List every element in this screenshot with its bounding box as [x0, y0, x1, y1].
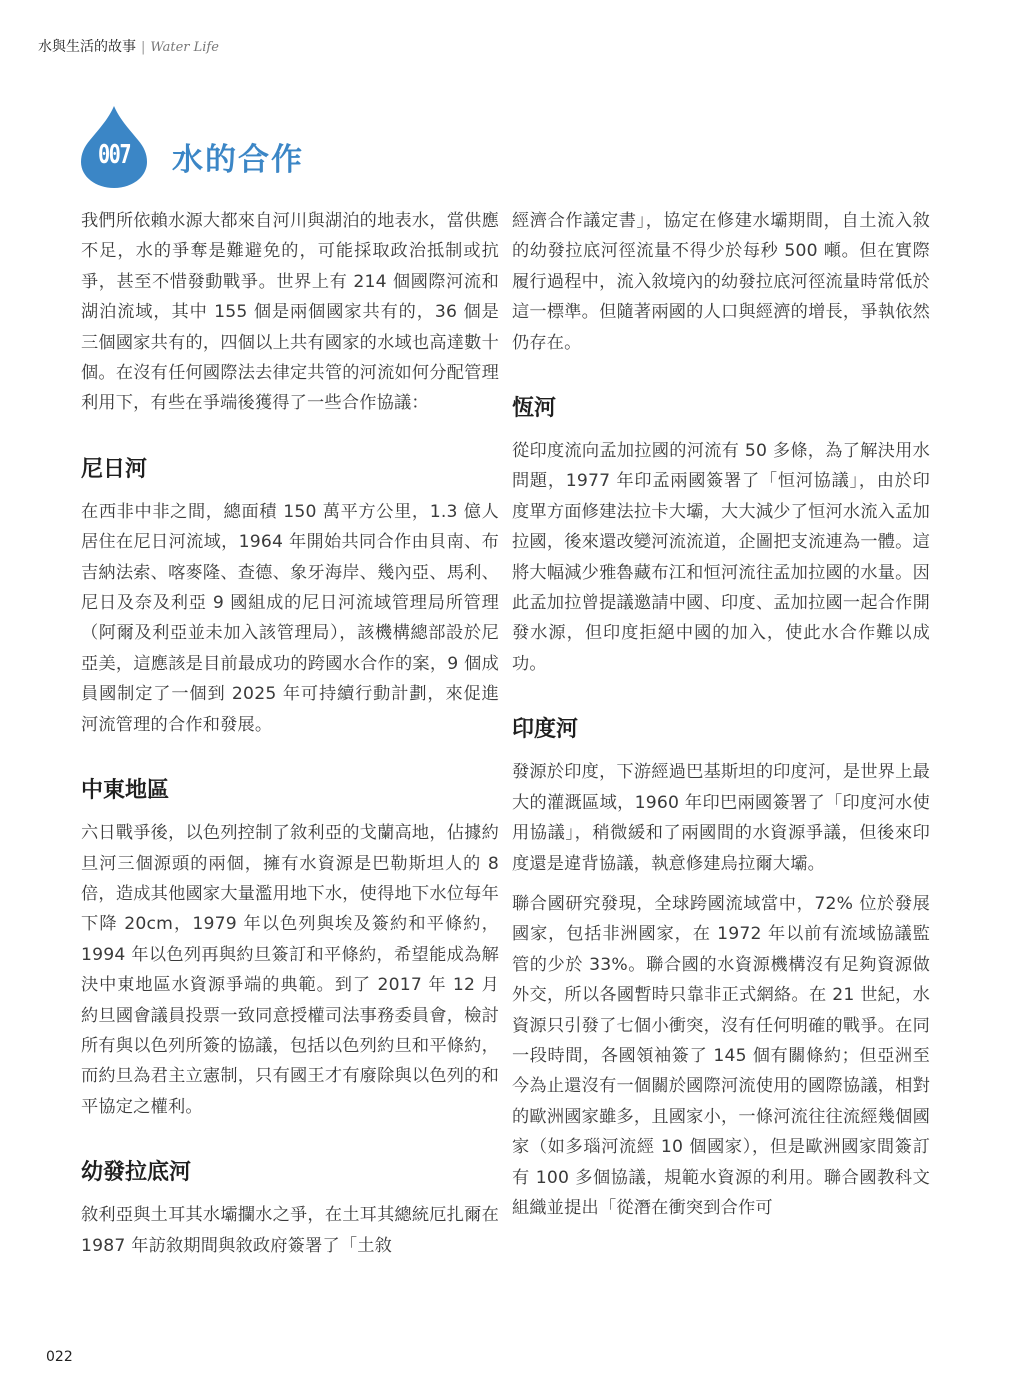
left-column: 我們所依賴水源大都來自河川與湖泊的地表水，當供應不足，水的爭奪是難避免的，可能採… — [81, 206, 499, 1261]
section-ganges: 恆河 從印度流向孟加拉國的河流有 50 多條，為了解決用水問題，1977 年印孟… — [512, 394, 930, 679]
section-middle-east: 中東地區 六日戰爭後，以色列控制了敘利亞的戈蘭高地，佔據約旦河三個源頭的兩個，擁… — [81, 776, 499, 1122]
section-heading: 印度河 — [512, 715, 930, 745]
section-paragraph-part2: 經濟合作議定書」，協定在修建水壩期間，自土流入敘的幼發拉底河徑流量不得少於每秒 … — [512, 206, 930, 358]
section-paragraph: 發源於印度，下游經過巴基斯坦的印度河，是世界上最大的灌溉區域，1960 年印巴兩… — [512, 757, 930, 879]
section-paragraph: 從印度流向孟加拉國的河流有 50 多條，為了解決用水問題，1977 年印孟兩國簽… — [512, 436, 930, 679]
section-paragraph: 在西非中非之間，總面積 150 萬平方公里，1.3 億人居住在尼日河流域，196… — [81, 497, 499, 740]
chapter-number: 007 — [87, 140, 140, 170]
section-heading: 中東地區 — [81, 776, 499, 806]
water-drop-icon: 007 — [80, 106, 148, 188]
section-euphrates: 幼發拉底河 敘利亞與土耳其水壩攔水之爭，在土耳其總統厄扎爾在 1987 年訪敘期… — [81, 1158, 499, 1261]
book-title-zh: 水與生活的故事 — [38, 39, 136, 55]
title-separator: | — [141, 40, 145, 55]
page-number: 022 — [46, 1349, 73, 1365]
section-heading: 恆河 — [512, 394, 930, 424]
intro-paragraph: 我們所依賴水源大都來自河川與湖泊的地表水，當供應不足，水的爭奪是難避免的，可能採… — [81, 206, 499, 419]
section-heading: 尼日河 — [81, 455, 499, 485]
section-niger: 尼日河 在西非中非之間，總面積 150 萬平方公里，1.3 億人居住在尼日河流域… — [81, 455, 499, 740]
section-paragraph: 六日戰爭後，以色列控制了敘利亞的戈蘭高地，佔據約旦河三個源頭的兩個，擁有水資源是… — [81, 818, 499, 1122]
book-title-en: Water Life — [150, 40, 219, 55]
chapter-title: 水的合作 — [172, 134, 304, 179]
section-heading: 幼發拉底河 — [81, 1158, 499, 1188]
running-head: 水與生活的故事|Water Life — [38, 36, 219, 56]
right-column: 經濟合作議定書」，協定在修建水壩期間，自土流入敘的幼發拉底河徑流量不得少於每秒 … — [512, 206, 930, 1223]
section-paragraph-part1: 敘利亞與土耳其水壩攔水之爭，在土耳其總統厄扎爾在 1987 年訪敘期間與敘政府簽… — [81, 1200, 499, 1261]
section-indus: 印度河 發源於印度，下游經過巴基斯坦的印度河，是世界上最大的灌溉區域，1960 … — [512, 715, 930, 1223]
section-paragraph: 聯合國研究發現，全球跨國流域當中，72% 位於發展國家，包括非洲國家，在 197… — [512, 889, 930, 1223]
